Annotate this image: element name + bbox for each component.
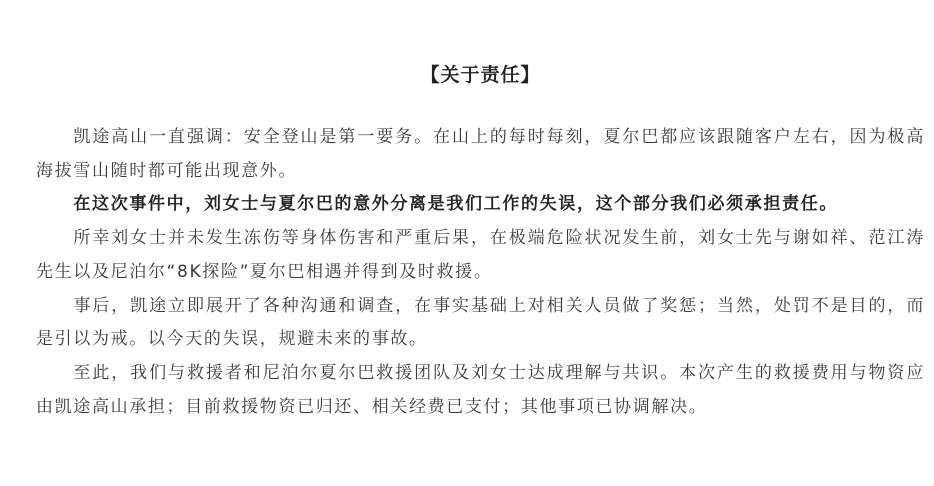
paragraph-resolution: 至此，我们与救援者和尼泊尔夏尔巴救援团队及刘女士达成理解与共识。本次产生的救援费… bbox=[36, 357, 925, 424]
section-title: 【关于责任】 bbox=[36, 57, 925, 93]
paragraph-responsibility-statement: 在这次事件中，刘女士与夏尔巴的意外分离是我们工作的失误，这个部分我们必须承担责任… bbox=[36, 188, 925, 222]
article: 【关于责任】 凯途高山一直强调：安全登山是第一要务。在山上的每时每刻，夏尔巴都应… bbox=[0, 0, 934, 486]
paragraph-rescue-account: 所幸刘女士并未发生冻伤等身体伤害和严重后果，在极端危险状况发生前，刘女士先与谢如… bbox=[36, 222, 925, 289]
paragraph-investigation: 事后，凯途立即展开了各种沟通和调查，在事实基础上对相关人员做了奖惩；当然，处罚不… bbox=[36, 290, 925, 357]
paragraph-safety-first: 凯途高山一直强调：安全登山是第一要务。在山上的每时每刻，夏尔巴都应该跟随客户左右… bbox=[36, 121, 925, 188]
